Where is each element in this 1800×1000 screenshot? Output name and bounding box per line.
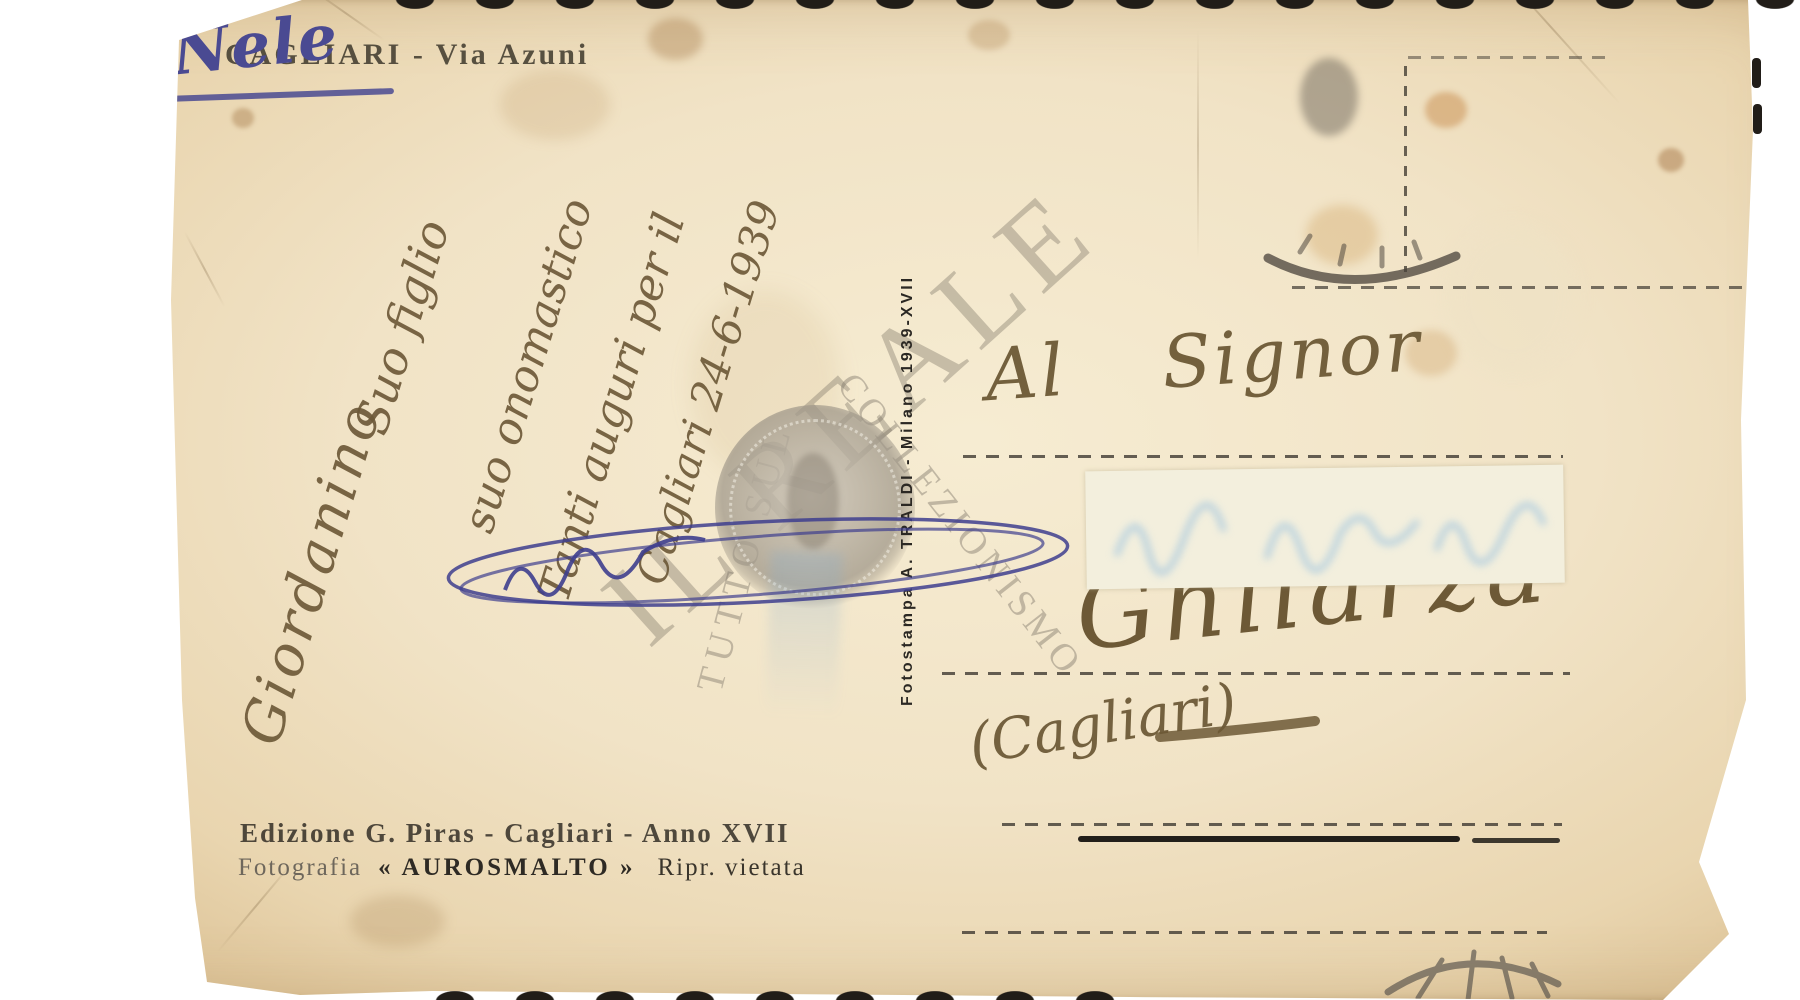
message-signature: Giordanino (205, 314, 419, 830)
paper-stain (1425, 92, 1467, 128)
paper-stain (1300, 58, 1358, 136)
paper-stain (968, 20, 1010, 50)
postcard-paper: IL REALE TUTTO SUL COLLEZIONISMO CAGLIAR… (0, 0, 1800, 1000)
imprint-line2-prefix: Fotografia (238, 854, 362, 881)
paper-stain (1306, 205, 1378, 265)
address-rule (962, 931, 1547, 934)
postmark-starburst (1388, 952, 1558, 1000)
ink-strike-line (1472, 838, 1560, 843)
address-rule (1002, 823, 1562, 826)
redaction-patch (1085, 465, 1565, 590)
imprint-line2: Fotografia« AUROSMALTO »Ripr. vietata (238, 854, 806, 882)
address-rule (963, 455, 1563, 458)
stamp-box-edge (1404, 66, 1407, 272)
paper-stain (1658, 148, 1684, 172)
coin-portrait (787, 453, 839, 549)
ink-strike-line (1078, 836, 1460, 842)
paper-crease (1479, 0, 1621, 105)
imprint-line2-suffix: Ripr. vietata (657, 854, 805, 881)
blue-ink-wash (765, 551, 843, 718)
scalloped-edge-right (1753, 104, 1762, 134)
paper-stain (1450, 225, 1575, 370)
blue-annotation: Nele (169, 0, 343, 90)
scalloped-edge-bottom (428, 987, 1136, 1000)
printer-credit: Fotostampa A. TRALDI - Milano 1939-XVII (899, 306, 917, 706)
postcard-scan: IL REALE TUTTO SUL COLLEZIONISMO CAGLIAR… (0, 0, 1800, 1000)
paper-crease (184, 231, 226, 307)
scalloped-edge-right (1752, 58, 1761, 88)
stamp-box-edge (1408, 56, 1608, 59)
imprint-line1: Edizione G. Piras - Cagliari - Anno XVII (240, 818, 790, 849)
paper-crease (1197, 30, 1199, 260)
redacted-handwriting (1085, 465, 1565, 590)
imprint-line2-brand: « AUROSMALTO » (378, 854, 635, 881)
blue-annotation-underline (166, 88, 394, 102)
paper-stain (232, 108, 254, 128)
paper-stain (350, 895, 445, 947)
stamp-box-edge (1292, 286, 1742, 289)
paper-stain (648, 18, 703, 60)
scalloped-edge-top (388, 0, 1795, 13)
address-rule (942, 672, 1570, 675)
